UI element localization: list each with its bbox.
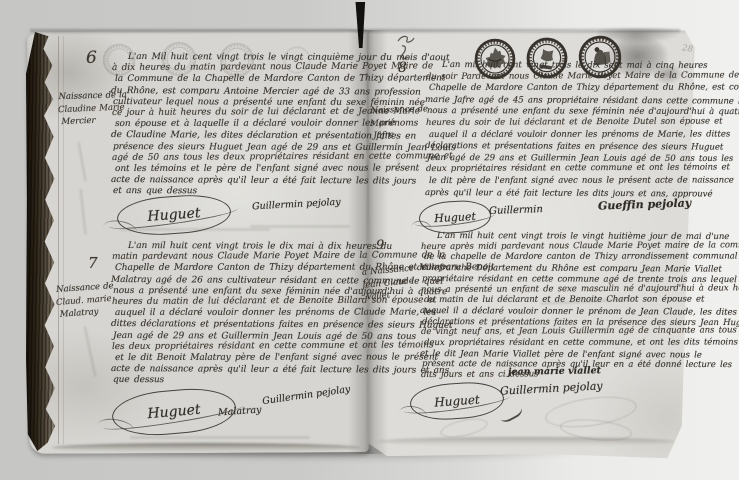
- entry-number: 6: [86, 48, 97, 68]
- manuscript-line: de la chapelle de Mardore canton de Thiz…: [424, 252, 698, 263]
- bottom-edge-smudge: [52, 443, 360, 452]
- record-6-body: L'an Mil huit cent vingt trois le vingt …: [112, 52, 368, 198]
- manuscript-line: nous a présenté un enfant de sexe mascul…: [421, 283, 695, 295]
- manuscript-line: agé de 50 ans tous les deux propriétaire…: [112, 151, 368, 164]
- manuscript-line: Chapelle de Mardore Canton de Thizy dépa…: [115, 263, 373, 275]
- signature-text: Huguet: [434, 392, 480, 409]
- paraph-flourish-icon: [393, 33, 419, 63]
- manuscript-line: son épouse et à laquelle il a déclaré vo…: [115, 119, 371, 131]
- manuscript-line: du soir Pardevant nous Claude Marie Poye…: [426, 70, 694, 83]
- record-7-body: L'an mil huit cent vingt trois le dix ma…: [112, 241, 370, 387]
- manuscript-line: dittes déclarations et présentations fai…: [111, 319, 369, 332]
- top-edge-shadow: [30, 29, 680, 32]
- signature-viallet-inline: jean marie viallet: [508, 365, 601, 378]
- manuscript-line: deux propriétaires résidant en cette com…: [426, 163, 694, 176]
- bleed-through: [120, 228, 270, 231]
- manuscript-line: de vingt neuf ans, et Jean Louis Guiller…: [421, 326, 695, 338]
- manuscript-line: Chapelle de Mardore Canton de Thizy dépa…: [429, 83, 697, 95]
- manuscript-line: de Claudine Marie, les dites déclaration…: [111, 130, 367, 143]
- manuscript-line: ont les témoins et le père de l'enfant s…: [115, 164, 371, 176]
- margin-note-line: Mercier: [61, 114, 130, 129]
- record-6-margin-note: Naissance de laClaudine MarieMercier: [57, 89, 126, 129]
- manuscript-line: heure après midi pardevant nous Claude M…: [421, 240, 695, 252]
- entry-number: 8: [398, 60, 407, 76]
- scanned-register-spread: 6 L'an Mil huit cent vingt trois le ving…: [0, 0, 739, 480]
- manuscript-line: auquel il a déclaré vouloir donner les p…: [429, 129, 697, 141]
- manuscript-line: à dix heures du matin pardevant nous Cla…: [112, 62, 368, 75]
- manuscript-line: heures du matin de lui déclarant et de B…: [112, 296, 370, 309]
- manuscript-line: deux propriétaires résidant en cette com…: [424, 338, 698, 349]
- manuscript-line: le dit père de l'enfant signé avec nous …: [429, 175, 697, 187]
- manuscript-line: et le dit Benoit Malatray père de l'enfa…: [115, 353, 373, 365]
- margin-note-line: Jafre: [373, 128, 431, 143]
- folio-number: 28: [681, 43, 693, 54]
- manuscript-line: la Commune de la Chapelle de Mardore Can…: [115, 74, 371, 86]
- record-9-margin-note: à Naissance deJean ClaudeVallet: [360, 261, 429, 304]
- entry-number: 7: [88, 254, 98, 272]
- manuscript-line: matin pardevant nous Claude Marie Poyet …: [112, 251, 370, 264]
- manuscript-line: auquel il a déclaré vouloir donner les p…: [115, 308, 373, 320]
- record-7-margin-note: Naissance deClaud. marieMalatray: [55, 280, 115, 321]
- record-8-margin-note: Naissance deMarieJafre: [369, 103, 428, 142]
- manuscript-line: ce jour à huit heures du soir de lui déc…: [112, 107, 368, 120]
- manuscript-line: heures du soir de lui déclarant et de Be…: [426, 117, 694, 130]
- bleed-through: [250, 225, 350, 228]
- manuscript-line: les deux propriétaires résidant en cette…: [112, 340, 370, 353]
- signature-text: Huguet: [147, 205, 201, 225]
- record-9-body: L'an mil huit cent vingt trois le vingt …: [421, 231, 695, 381]
- signature-guillermin: Guillermin: [489, 204, 543, 217]
- entry-number: 9: [376, 238, 384, 253]
- bleed-through: [130, 436, 310, 439]
- signature-text: Huguet: [434, 209, 476, 224]
- signature-text: Huguet: [147, 402, 201, 423]
- record-8-body: L'an mil huit cent vingt trois le dix se…: [426, 60, 694, 199]
- bottom-edge-smudge: [378, 437, 674, 446]
